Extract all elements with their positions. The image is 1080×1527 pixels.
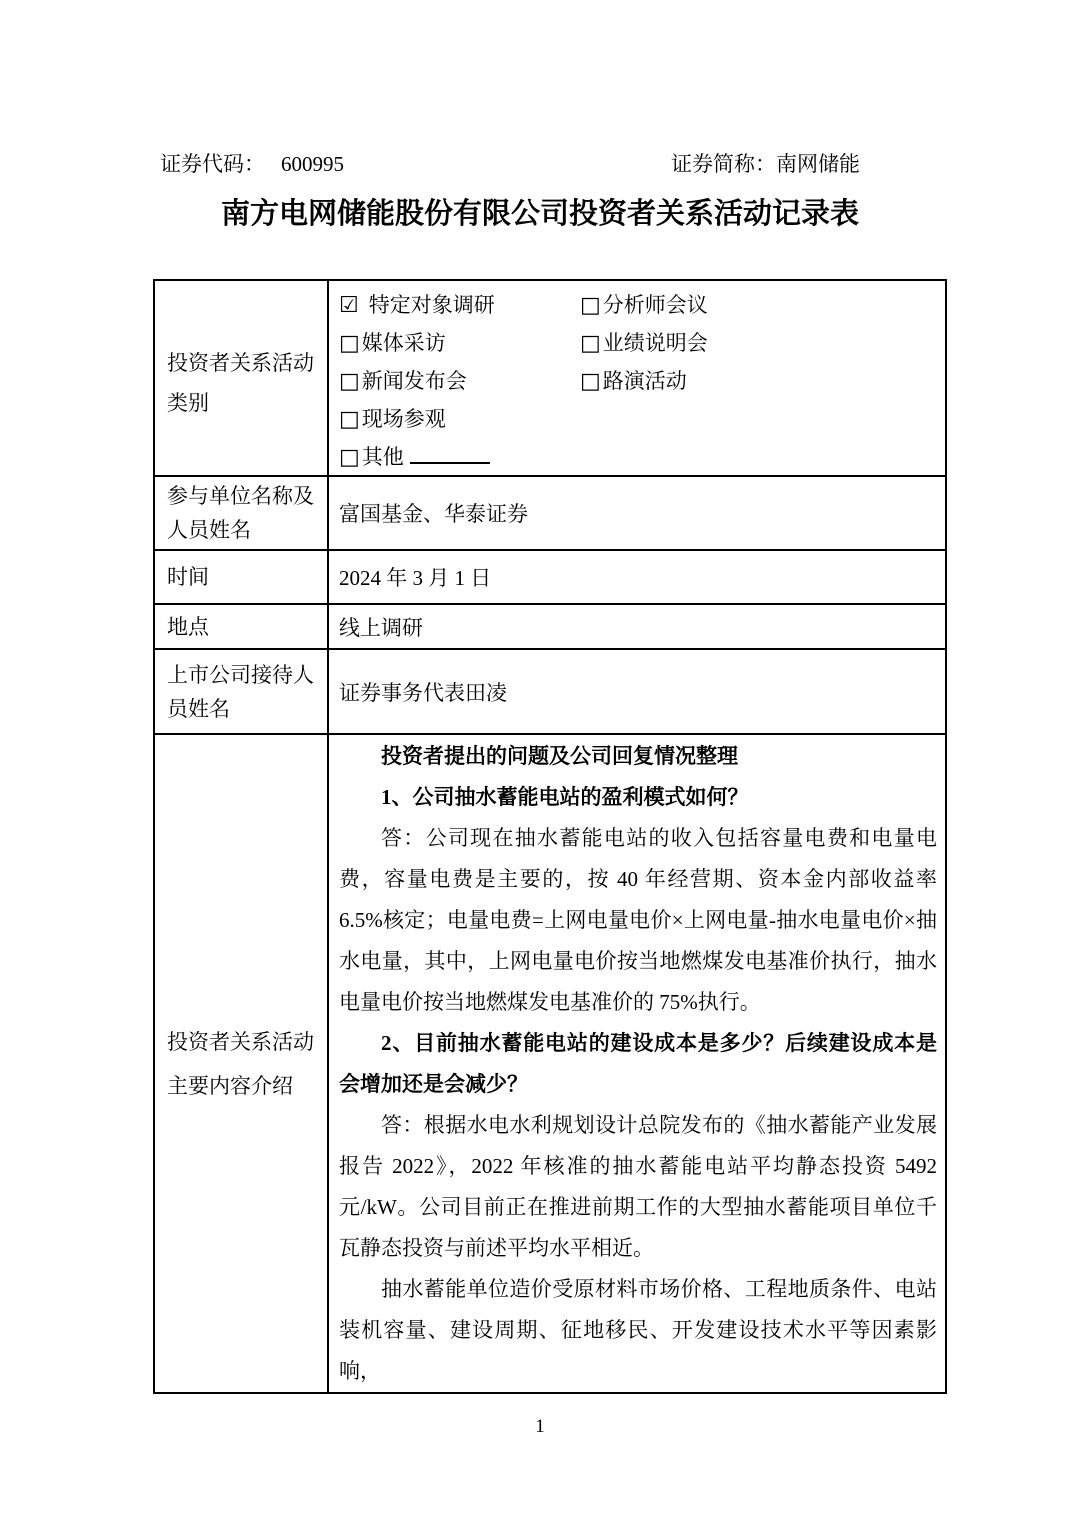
securities-short-name-value: 南网储能	[776, 152, 860, 176]
location-row: 地点 线上调研	[154, 604, 946, 649]
checkbox-checked-icon: ☑	[339, 293, 359, 318]
checkbox-option-targeted-research: ☑特定对象调研	[339, 289, 580, 319]
checkbox-option-earnings-briefing: □业绩说明会	[580, 327, 945, 357]
page-number: 1	[0, 1416, 1080, 1438]
location-value: 线上调研	[328, 604, 946, 649]
securities-short-name: 证券简称：南网储能	[671, 151, 860, 177]
main-content-row: 投资者关系活动 主要内容介绍 投资者提出的问题及公司回复情况整理 1、公司抽水蓄…	[154, 734, 946, 1393]
blank-underline	[410, 444, 490, 464]
page-title: 南方电网储能股份有限公司投资者关系活动记录表	[0, 197, 1080, 231]
question-2: 2、目前抽水蓄能电站的建设成本是多少？后续建设成本是会增加还是会减少？	[339, 1023, 937, 1105]
time-row: 时间 2024 年 3 月 1 日	[154, 550, 946, 604]
checkbox-option-label: 其他	[362, 445, 404, 469]
checkbox-option-label: 分析师会议	[603, 293, 708, 317]
checkbox-unchecked-icon: □	[580, 331, 601, 356]
checkbox-option-label: 路演活动	[603, 369, 687, 393]
activity-category-row: 投资者关系活动 类别 ☑特定对象调研 □分析师会议 □媒体采访 □	[154, 280, 946, 476]
reception-label: 上市公司接待人 员姓名	[154, 649, 328, 734]
checkbox-option-label: 现场参观	[362, 407, 446, 431]
securities-short-name-label: 证券简称：	[671, 152, 776, 176]
checkbox-option-site-visit: □现场参观	[339, 403, 580, 433]
reception-row: 上市公司接待人 员姓名 证券事务代表田凌	[154, 649, 946, 734]
document-page: 证券代码：600995 证券简称：南网储能 南方电网储能股份有限公司投资者关系活…	[0, 0, 1080, 1527]
answer-2-continued: 抽水蓄能单位造价受原材料市场价格、工程地质条件、电站装机容量、建设周期、征地移民…	[339, 1269, 937, 1392]
answer-2: 答：根据水电水利规划设计总院发布的《抽水蓄能产业发展报告 2022》，2022 …	[339, 1105, 937, 1269]
checkbox-unchecked-icon: □	[339, 407, 360, 432]
checkbox-option-label: 新闻发布会	[362, 369, 467, 393]
question-1: 1、公司抽水蓄能电站的盈利模式如何？	[339, 777, 937, 818]
securities-code: 证券代码：600995	[160, 151, 344, 177]
checkbox-unchecked-icon: □	[339, 445, 360, 470]
checkbox-option-label: 特定对象调研	[369, 293, 495, 317]
checkbox-option-roadshow: □路演活动	[580, 365, 945, 395]
checkbox-unchecked-icon: □	[339, 369, 360, 394]
main-content-cell: 投资者提出的问题及公司回复情况整理 1、公司抽水蓄能电站的盈利模式如何？ 答：公…	[328, 734, 946, 1393]
checkbox-option-press-conference: □新闻发布会	[339, 365, 580, 395]
activity-category-label: 投资者关系活动 类别	[154, 280, 328, 476]
location-label: 地点	[154, 604, 328, 649]
securities-code-value: 600995	[281, 152, 344, 176]
participants-row: 参与单位名称及 人员姓名 富国基金、华泰证券	[154, 476, 946, 550]
main-content-label: 投资者关系活动 主要内容介绍	[154, 734, 328, 1393]
answer-1: 答：公司现在抽水蓄能电站的收入包括容量电费和电量电费，容量电费是主要的，按 40…	[339, 818, 937, 1023]
reception-value: 证券事务代表田凌	[328, 649, 946, 734]
checkbox-option-media-interview: □媒体采访	[339, 327, 580, 357]
time-label: 时间	[154, 550, 328, 604]
doc-header: 证券代码：600995 证券简称：南网储能	[160, 151, 860, 177]
activity-category-options: ☑特定对象调研 □分析师会议 □媒体采访 □业绩说明会 □新闻发布会	[339, 285, 945, 475]
checkbox-unchecked-icon: □	[339, 331, 360, 356]
time-value: 2024 年 3 月 1 日	[328, 550, 946, 604]
securities-code-label: 证券代码：	[160, 152, 265, 176]
participants-label: 参与单位名称及 人员姓名	[154, 476, 328, 550]
participants-value: 富国基金、华泰证券	[328, 476, 946, 550]
checkbox-unchecked-icon: □	[580, 293, 601, 318]
checkbox-option-other: □其他	[339, 441, 580, 471]
checkbox-unchecked-icon: □	[580, 369, 601, 394]
checkbox-option-label: 业绩说明会	[603, 331, 708, 355]
qa-heading: 投资者提出的问题及公司回复情况整理	[339, 736, 937, 777]
checkbox-option-analyst-meeting: □分析师会议	[580, 289, 945, 319]
checkbox-option-label: 媒体采访	[362, 331, 446, 355]
record-table: 投资者关系活动 类别 ☑特定对象调研 □分析师会议 □媒体采访 □	[153, 279, 947, 1394]
activity-category-options-cell: ☑特定对象调研 □分析师会议 □媒体采访 □业绩说明会 □新闻发布会	[328, 280, 946, 476]
